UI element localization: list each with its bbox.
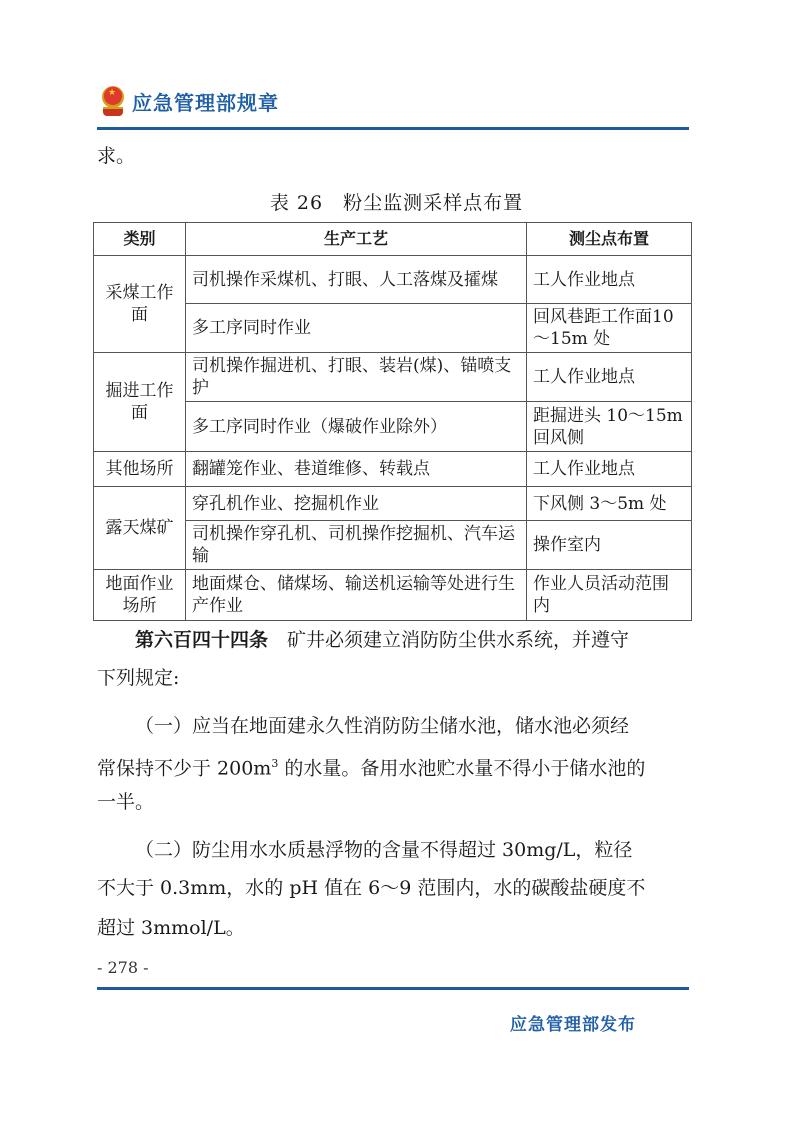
process-cell: 穿孔机作业、挖掘机作业 [186, 487, 527, 521]
location-cell: 工人作业地点 [527, 256, 692, 304]
column-header: 类别 [94, 223, 186, 256]
process-cell: 司机操作穿孔机、司机操作挖掘机、汽车运输 [186, 521, 527, 570]
location-cell: 操作室内 [527, 521, 692, 570]
item-1-line-1: （一）应当在地面建永久性消防防尘储水池，储水池必须经 [135, 716, 629, 736]
location-cell: 作业人员活动范围内 [527, 570, 692, 621]
table-header-row: 类别 生产工艺 测尘点布置 [94, 223, 692, 256]
process-cell: 地面煤仓、储煤场、输送机运输等处进行生产作业 [186, 570, 527, 621]
category-cell: 采煤工作面 [94, 256, 186, 353]
footer-publisher: 应急管理部发布 [510, 1010, 636, 1035]
header-title: 应急管理部规章 [132, 87, 279, 116]
location-cell: 下风侧 3～5m 处 [527, 487, 692, 521]
table-row: 掘进工作面 司机操作掘进机、打眼、装岩(煤)、锚喷支护 工人作业地点 [94, 353, 692, 402]
column-header: 测尘点布置 [527, 223, 692, 256]
table-row: 露天煤矿 穿孔机作业、挖掘机作业 下风侧 3～5m 处 [94, 487, 692, 521]
table-caption: 表 26 粉尘监测采样点布置 [0, 188, 793, 215]
footer-rule [97, 987, 689, 990]
lead-text: 求。 [97, 146, 135, 166]
process-cell: 翻罐笼作业、巷道维修、转载点 [186, 452, 527, 487]
item-1-line-3: 一半。 [97, 792, 154, 812]
process-cell: 多工序同时作业（爆破作业除外） [186, 402, 527, 452]
category-cell: 地面作业场所 [94, 570, 186, 621]
item-2-line-2: 不大于 0.3mm，水的 pH 值在 6～9 范围内，水的碳酸盐硬度不 [97, 878, 645, 898]
table-row: 采煤工作面 司机操作采煤机、打眼、人工落煤及攉煤 工人作业地点 [94, 256, 692, 304]
header-rule [97, 127, 689, 130]
location-cell: 距掘进头 10～15m 回风侧 [527, 402, 692, 452]
category-cell: 露天煤矿 [94, 487, 186, 570]
national-emblem-icon: ★ [100, 86, 126, 116]
location-cell: 回风巷距工作面10～15m 处 [527, 304, 692, 353]
process-cell: 多工序同时作业 [186, 304, 527, 353]
article-text: 矿井必须建立消防防尘供水系统，并遵守 [287, 629, 629, 651]
location-cell: 工人作业地点 [527, 452, 692, 487]
process-cell: 司机操作采煤机、打眼、人工落煤及攉煤 [186, 256, 527, 304]
article-line-2: 下列规定: [97, 668, 179, 688]
location-cell: 工人作业地点 [527, 353, 692, 402]
table-row: 地面作业场所 地面煤仓、储煤场、输送机运输等处进行生产作业 作业人员活动范围内 [94, 570, 692, 621]
item-2-line-1: （二）防尘用水水质悬浮物的含量不得超过 30mg/L，粒径 [135, 840, 632, 860]
process-cell: 司机操作掘进机、打眼、装岩(煤)、锚喷支护 [186, 353, 527, 402]
category-cell: 掘进工作面 [94, 353, 186, 452]
item-1-text-b: 的水量。备用水池贮水量不得小于储水池的 [278, 757, 645, 779]
page-header: ★ 应急管理部规章 [100, 86, 279, 116]
category-cell: 其他场所 [94, 452, 186, 487]
dust-sampling-table: 类别 生产工艺 测尘点布置 采煤工作面 司机操作采煤机、打眼、人工落煤及攉煤 工… [93, 222, 692, 621]
article-title: 第六百四十四条 [135, 629, 268, 651]
item-1-text-a: 常保持不少于 200m [97, 757, 271, 779]
item-1-line-2: 常保持不少于 200m3 的水量。备用水池贮水量不得小于储水池的 [97, 754, 645, 778]
item-2-line-3: 超过 3mmol/L。 [97, 918, 245, 938]
table-row: 其他场所 翻罐笼作业、巷道维修、转载点 工人作业地点 [94, 452, 692, 487]
article-line-1: 第六百四十四条 矿井必须建立消防防尘供水系统，并遵守 [135, 630, 629, 650]
page-number: - 278 - [97, 958, 149, 977]
column-header: 生产工艺 [186, 223, 527, 256]
